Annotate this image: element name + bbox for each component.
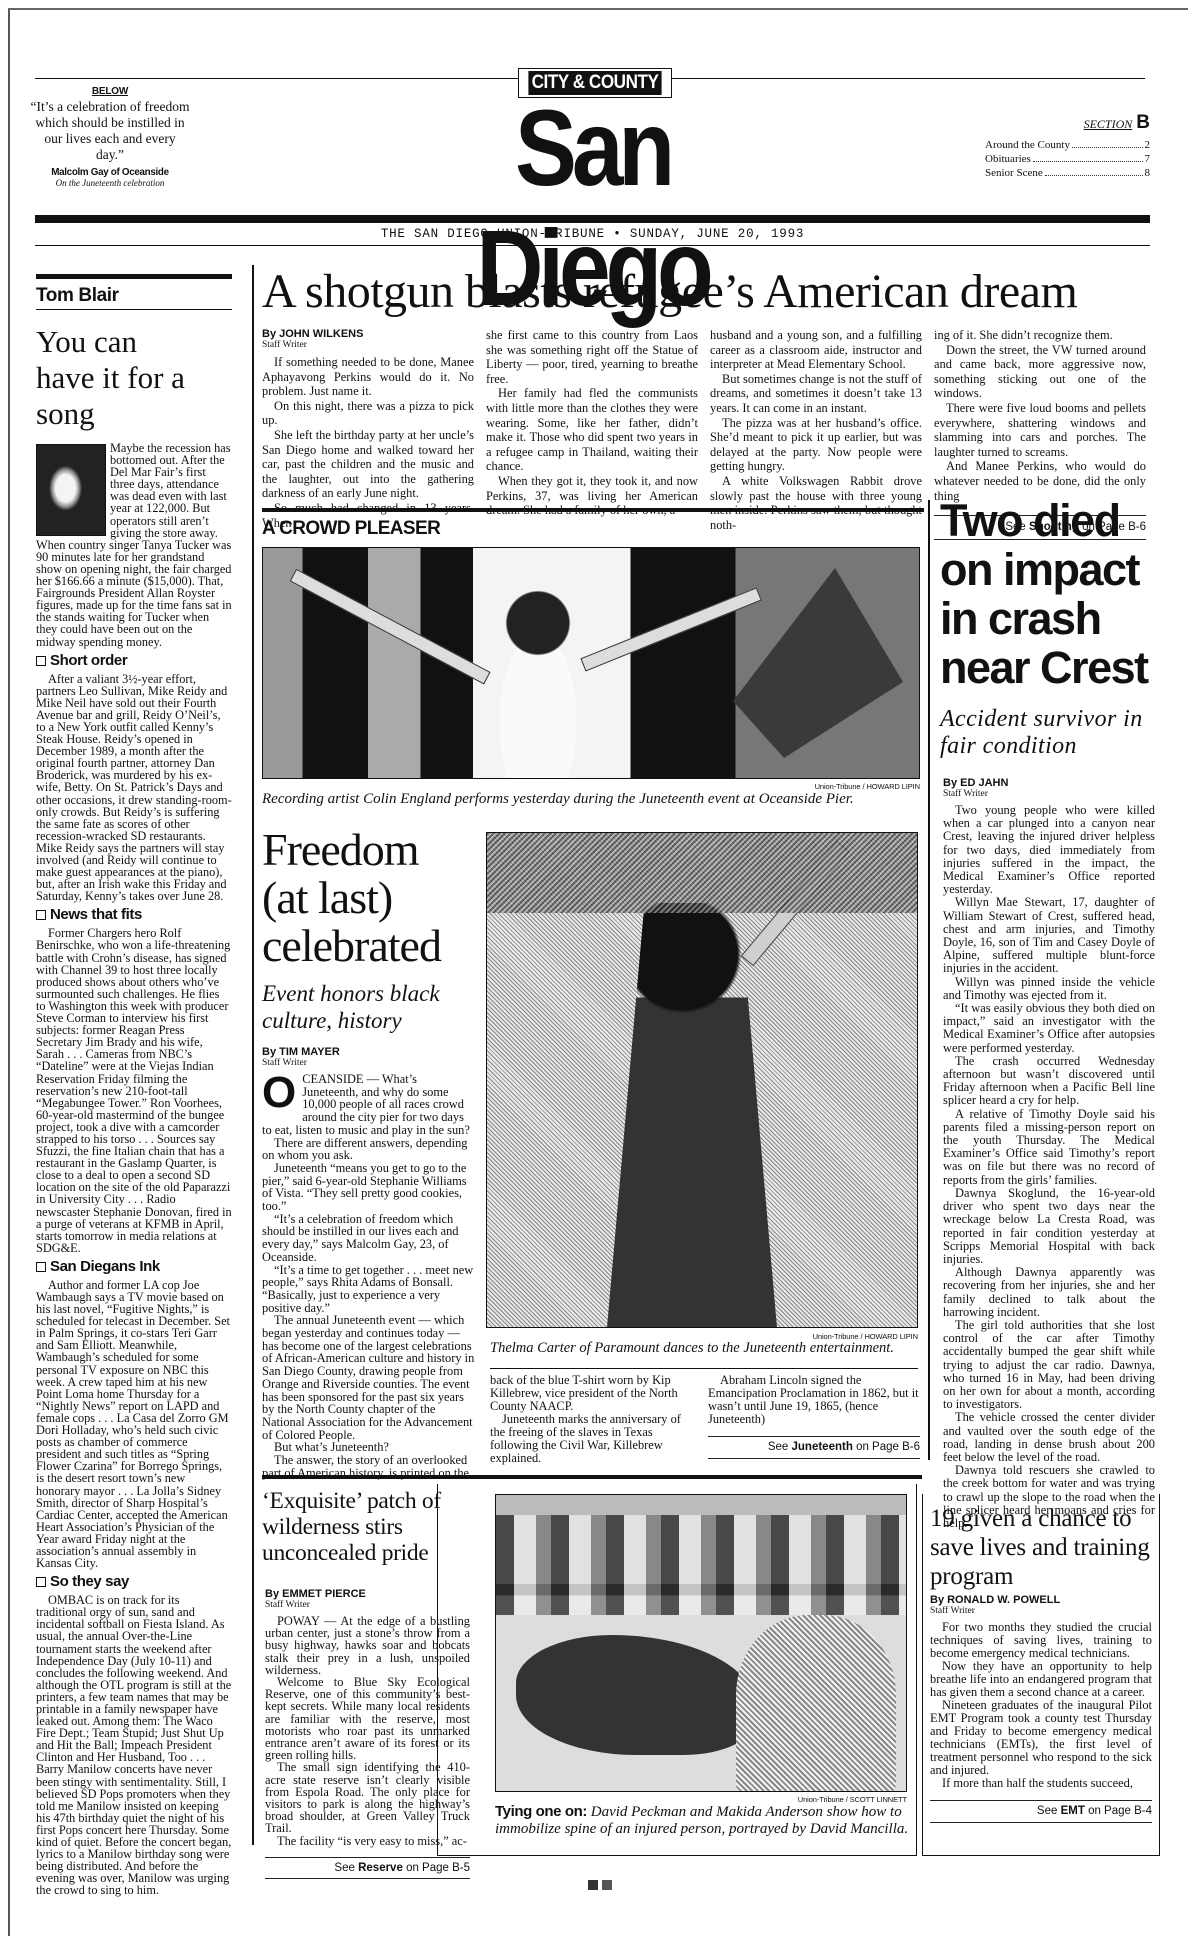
section-text: Author and former LA cop Joe Wambaugh sa…	[36, 1279, 232, 1569]
checkbox-bullet-icon	[36, 1577, 46, 1587]
section-index-item[interactable]: Obituaries 7	[985, 152, 1150, 166]
performer-figure	[478, 583, 598, 779]
emt-body: By RONALD W. POWELL Staff Writer For two…	[930, 1594, 1152, 1823]
dateline-rule	[35, 245, 1150, 246]
checkbox-bullet-icon	[36, 656, 46, 666]
crash-headline[interactable]: Two died on impact in crash near Crest	[940, 496, 1160, 692]
emt-photo-caption: Tying one on: David Peckman and Makida A…	[495, 1803, 915, 1838]
section-index-item[interactable]: Senior Scene 8	[985, 166, 1150, 180]
emt-byline-title: Staff Writer	[930, 1606, 1152, 1617]
performer-arm-right	[580, 587, 761, 671]
crash-byline-title: Staff Writer	[943, 789, 1155, 800]
subhead-news-that-fits: News that fits	[36, 906, 232, 924]
subhead-short-order: Short order	[36, 652, 232, 670]
registration-mark	[588, 1880, 598, 1890]
below-label: BELOW	[30, 86, 190, 97]
photo-crowd-pleaser[interactable]	[262, 547, 920, 779]
freedom-deck: Event honors black culture, history	[262, 980, 462, 1034]
column-divider	[252, 265, 254, 1845]
caption-rule	[490, 1368, 918, 1369]
bottom-section-rule	[262, 1475, 922, 1479]
emt-byline: By RONALD W. POWELL	[930, 1594, 1152, 1606]
emt-headline[interactable]: 19 given a chance to save lives and trai…	[930, 1504, 1155, 1591]
columnist-rule	[36, 309, 232, 310]
freedom-continued-col-2: Abraham Lincoln signed the Emancipation …	[708, 1374, 920, 1459]
section-index-letter: B	[1136, 112, 1150, 133]
thelma-photo-caption: Thelma Carter of Paramount dances to the…	[490, 1340, 920, 1357]
background-crowd	[487, 833, 918, 913]
right-column-divider	[928, 500, 930, 1460]
below-quote: “It’s a celebration of freedom which sho…	[30, 99, 190, 163]
section-index-item[interactable]: Around the County 2	[985, 138, 1150, 152]
juneteenth-jump-link[interactable]: See Juneteenth on Page B-6	[708, 1436, 920, 1459]
page-top-edge	[8, 8, 1188, 10]
freedom-byline-title: Staff Writer	[262, 1058, 476, 1069]
column-headline[interactable]: You can have it for a song	[36, 324, 186, 432]
crash-byline: By ED JAHN	[943, 777, 1155, 789]
shotgun-byline: By JOHN WILKENS	[262, 328, 474, 340]
below-context: On the Juneteenth celebration	[30, 178, 190, 188]
freedom-lead: O CEANSIDE — What’s Juneteenth, and why …	[262, 1073, 476, 1137]
photo-thelma-carter[interactable]	[486, 832, 918, 1328]
shotgun-byline-title: Staff Writer	[262, 340, 474, 351]
patient-figure	[516, 1635, 756, 1755]
columnist-name: Tom Blair	[36, 283, 232, 309]
section-index: SECTION B Around the County 2 Obituaries…	[985, 112, 1150, 180]
below-teaser[interactable]: BELOW “It’s a celebration of freedom whi…	[30, 86, 190, 188]
checkbox-bullet-icon	[36, 910, 46, 920]
emt-caption-lead: Tying one on:	[495, 1803, 587, 1820]
checkbox-bullet-icon	[36, 1262, 46, 1272]
shotgun-headline[interactable]: A shotgun blasts refugee’s American drea…	[262, 264, 1162, 320]
freedom-byline: By TIM MAYER	[262, 1046, 476, 1058]
instructor-figure	[736, 1615, 896, 1792]
section-text: OMBAC is on track for its traditional or…	[36, 1594, 232, 1896]
dateline: THE SAN DIEGO UNION-TRIBUNE • SUNDAY, JU…	[35, 227, 1150, 241]
masthead-thick-rule	[35, 215, 1150, 223]
freedom-continued-col-1: back of the blue T-shirt worn by Kip Kil…	[490, 1374, 695, 1465]
performer-arm-left	[290, 569, 491, 685]
photo-emt-training[interactable]	[495, 1494, 907, 1792]
dancer-figure	[597, 903, 787, 1328]
column-body: Maybe the recession has bottomed out. Af…	[36, 442, 232, 1897]
crash-body: By ED JAHN Staff Writer Two young people…	[943, 777, 1155, 1530]
column-tom-blair: Tom Blair You can have it for a song May…	[36, 274, 232, 1897]
emt-jump-link[interactable]: See EMT on Page B-4	[930, 1800, 1152, 1823]
freedom-body: By TIM MAYER Staff Writer O CEANSIDE — W…	[262, 1046, 476, 1480]
below-attribution: Malcolm Gay of Oceanside	[30, 167, 190, 178]
page-left-edge	[8, 10, 10, 1936]
crash-deck: Accident survivor in fair condition	[940, 706, 1160, 760]
subhead-so-they-say: So they say	[36, 1573, 232, 1591]
section-text: After a valiant 3½-year effort, partners…	[36, 673, 232, 903]
columnist-photo	[36, 444, 106, 536]
section-index-heading: SECTION B	[985, 112, 1150, 134]
photo-credit: Union-Tribune / HOWARD LIPIN	[262, 782, 920, 791]
reserve-jump-link[interactable]: See Reserve on Page B-5	[265, 1857, 470, 1879]
photo-label: A CROWD PLEASER	[262, 518, 440, 540]
registration-mark	[602, 1880, 612, 1890]
photo-caption: Recording artist Colin England performs …	[262, 791, 942, 808]
section-index-label: SECTION	[1084, 117, 1133, 131]
column-top-rule	[36, 274, 232, 279]
drop-cap: O	[262, 1074, 296, 1112]
subhead-san-diegans-ink: San Diegans Ink	[36, 1258, 232, 1276]
shotgun-bottom-rule	[262, 508, 924, 512]
trainees-group	[496, 1515, 907, 1615]
freedom-headline[interactable]: Freedom (at last) celebrated	[262, 826, 462, 970]
section-text: Former Chargers hero Rolf Benirschke, wh…	[36, 927, 232, 1254]
